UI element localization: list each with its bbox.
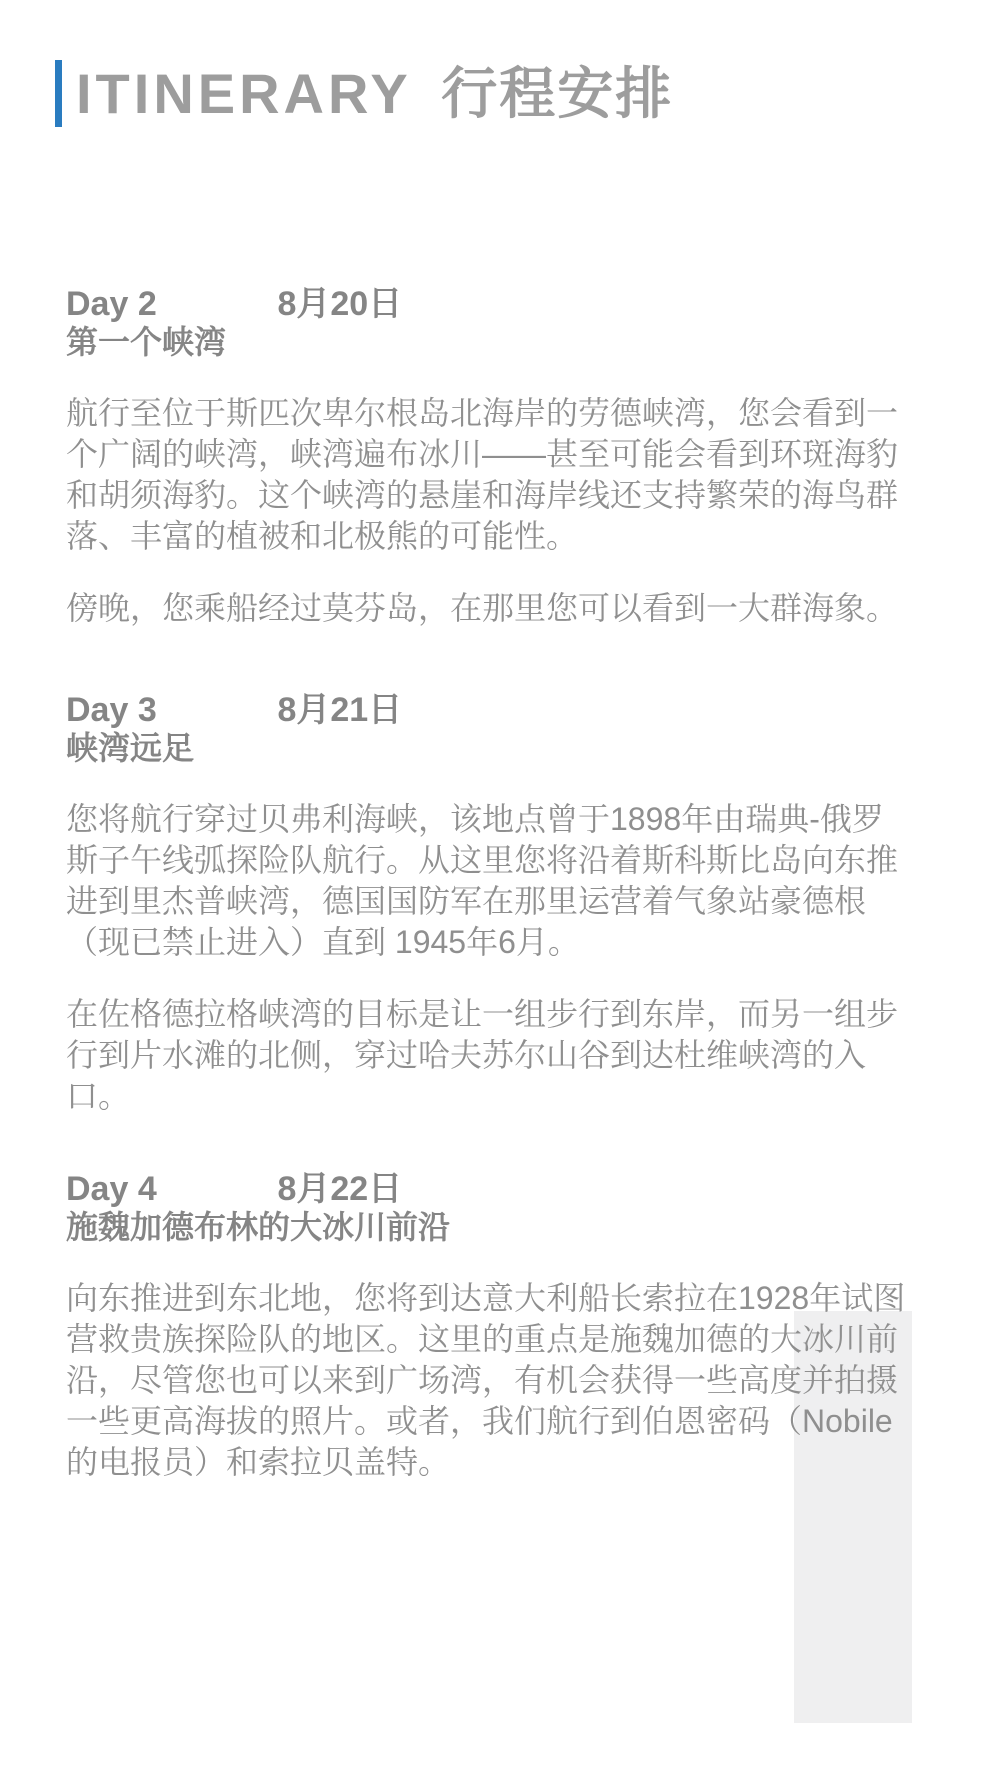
day-4-paragraph: 向东推进到东北地，您将到达意大利船长索拉在1928年试图营救贵族探险队的地区。这…	[66, 1278, 911, 1483]
day-4-label: Day 4	[66, 1170, 268, 1208]
day-3-section: Day 3 8月21日 峡湾远足 您将航行穿过贝弗利海峡，该地点曾于1898年由…	[66, 691, 916, 1117]
day-4-date: 8月22日	[277, 1170, 402, 1208]
page-title-en: ITINERARY	[76, 62, 412, 125]
day-4-heading: Day 4 8月22日	[66, 1170, 916, 1208]
itinerary-page: ITINERARY 行程安排 Day 2 8月20日 第一个峡湾 航行至位于斯匹…	[0, 0, 1000, 1779]
day-3-body: 您将航行穿过贝弗利海峡，该地点曾于1898年由瑞典-俄罗斯子午线弧探险队航行。从…	[66, 799, 916, 1117]
day-3-title: 峡湾远足	[66, 729, 916, 767]
day-3-paragraph: 在佐格德拉格峡湾的目标是让一组步行到东岸，而另一组步行到片水滩的北侧，穿过哈夫苏…	[66, 994, 911, 1117]
day-4-body: 向东推进到东北地，您将到达意大利船长索拉在1928年试图营救贵族探险队的地区。这…	[66, 1278, 916, 1483]
day-2-paragraph: 傍晚，您乘船经过莫芬岛，在那里您可以看到一大群海象。	[66, 588, 911, 629]
accent-bar	[55, 60, 62, 127]
day-3-paragraph: 您将航行穿过贝弗利海峡，该地点曾于1898年由瑞典-俄罗斯子午线弧探险队航行。从…	[66, 799, 911, 963]
day-2-paragraph: 航行至位于斯匹次卑尔根岛北海岸的劳德峡湾，您会看到一个广阔的峡湾，峡湾遍布冰川—…	[66, 393, 911, 557]
page-content: ITINERARY 行程安排 Day 2 8月20日 第一个峡湾 航行至位于斯匹…	[0, 0, 1000, 1483]
day-2-heading: Day 2 8月20日	[66, 285, 916, 323]
day-2-date: 8月20日	[277, 285, 402, 323]
day-4-section: Day 4 8月22日 施魏加德布林的大冰川前沿 向东推进到东北地，您将到达意大…	[66, 1170, 916, 1483]
page-title: ITINERARY 行程安排	[76, 60, 673, 127]
day-2-title: 第一个峡湾	[66, 323, 916, 361]
day-2-section: Day 2 8月20日 第一个峡湾 航行至位于斯匹次卑尔根岛北海岸的劳德峡湾，您…	[66, 285, 916, 629]
day-3-date: 8月21日	[277, 691, 402, 729]
page-title-zh: 行程安排	[441, 62, 673, 125]
day-2-body: 航行至位于斯匹次卑尔根岛北海岸的劳德峡湾，您会看到一个广阔的峡湾，峡湾遍布冰川—…	[66, 393, 916, 629]
day-3-label: Day 3	[66, 691, 268, 729]
day-2-label: Day 2	[66, 285, 268, 323]
page-header: ITINERARY 行程安排	[55, 60, 940, 127]
day-4-title: 施魏加德布林的大冰川前沿	[66, 1208, 916, 1246]
day-3-heading: Day 3 8月21日	[66, 691, 916, 729]
